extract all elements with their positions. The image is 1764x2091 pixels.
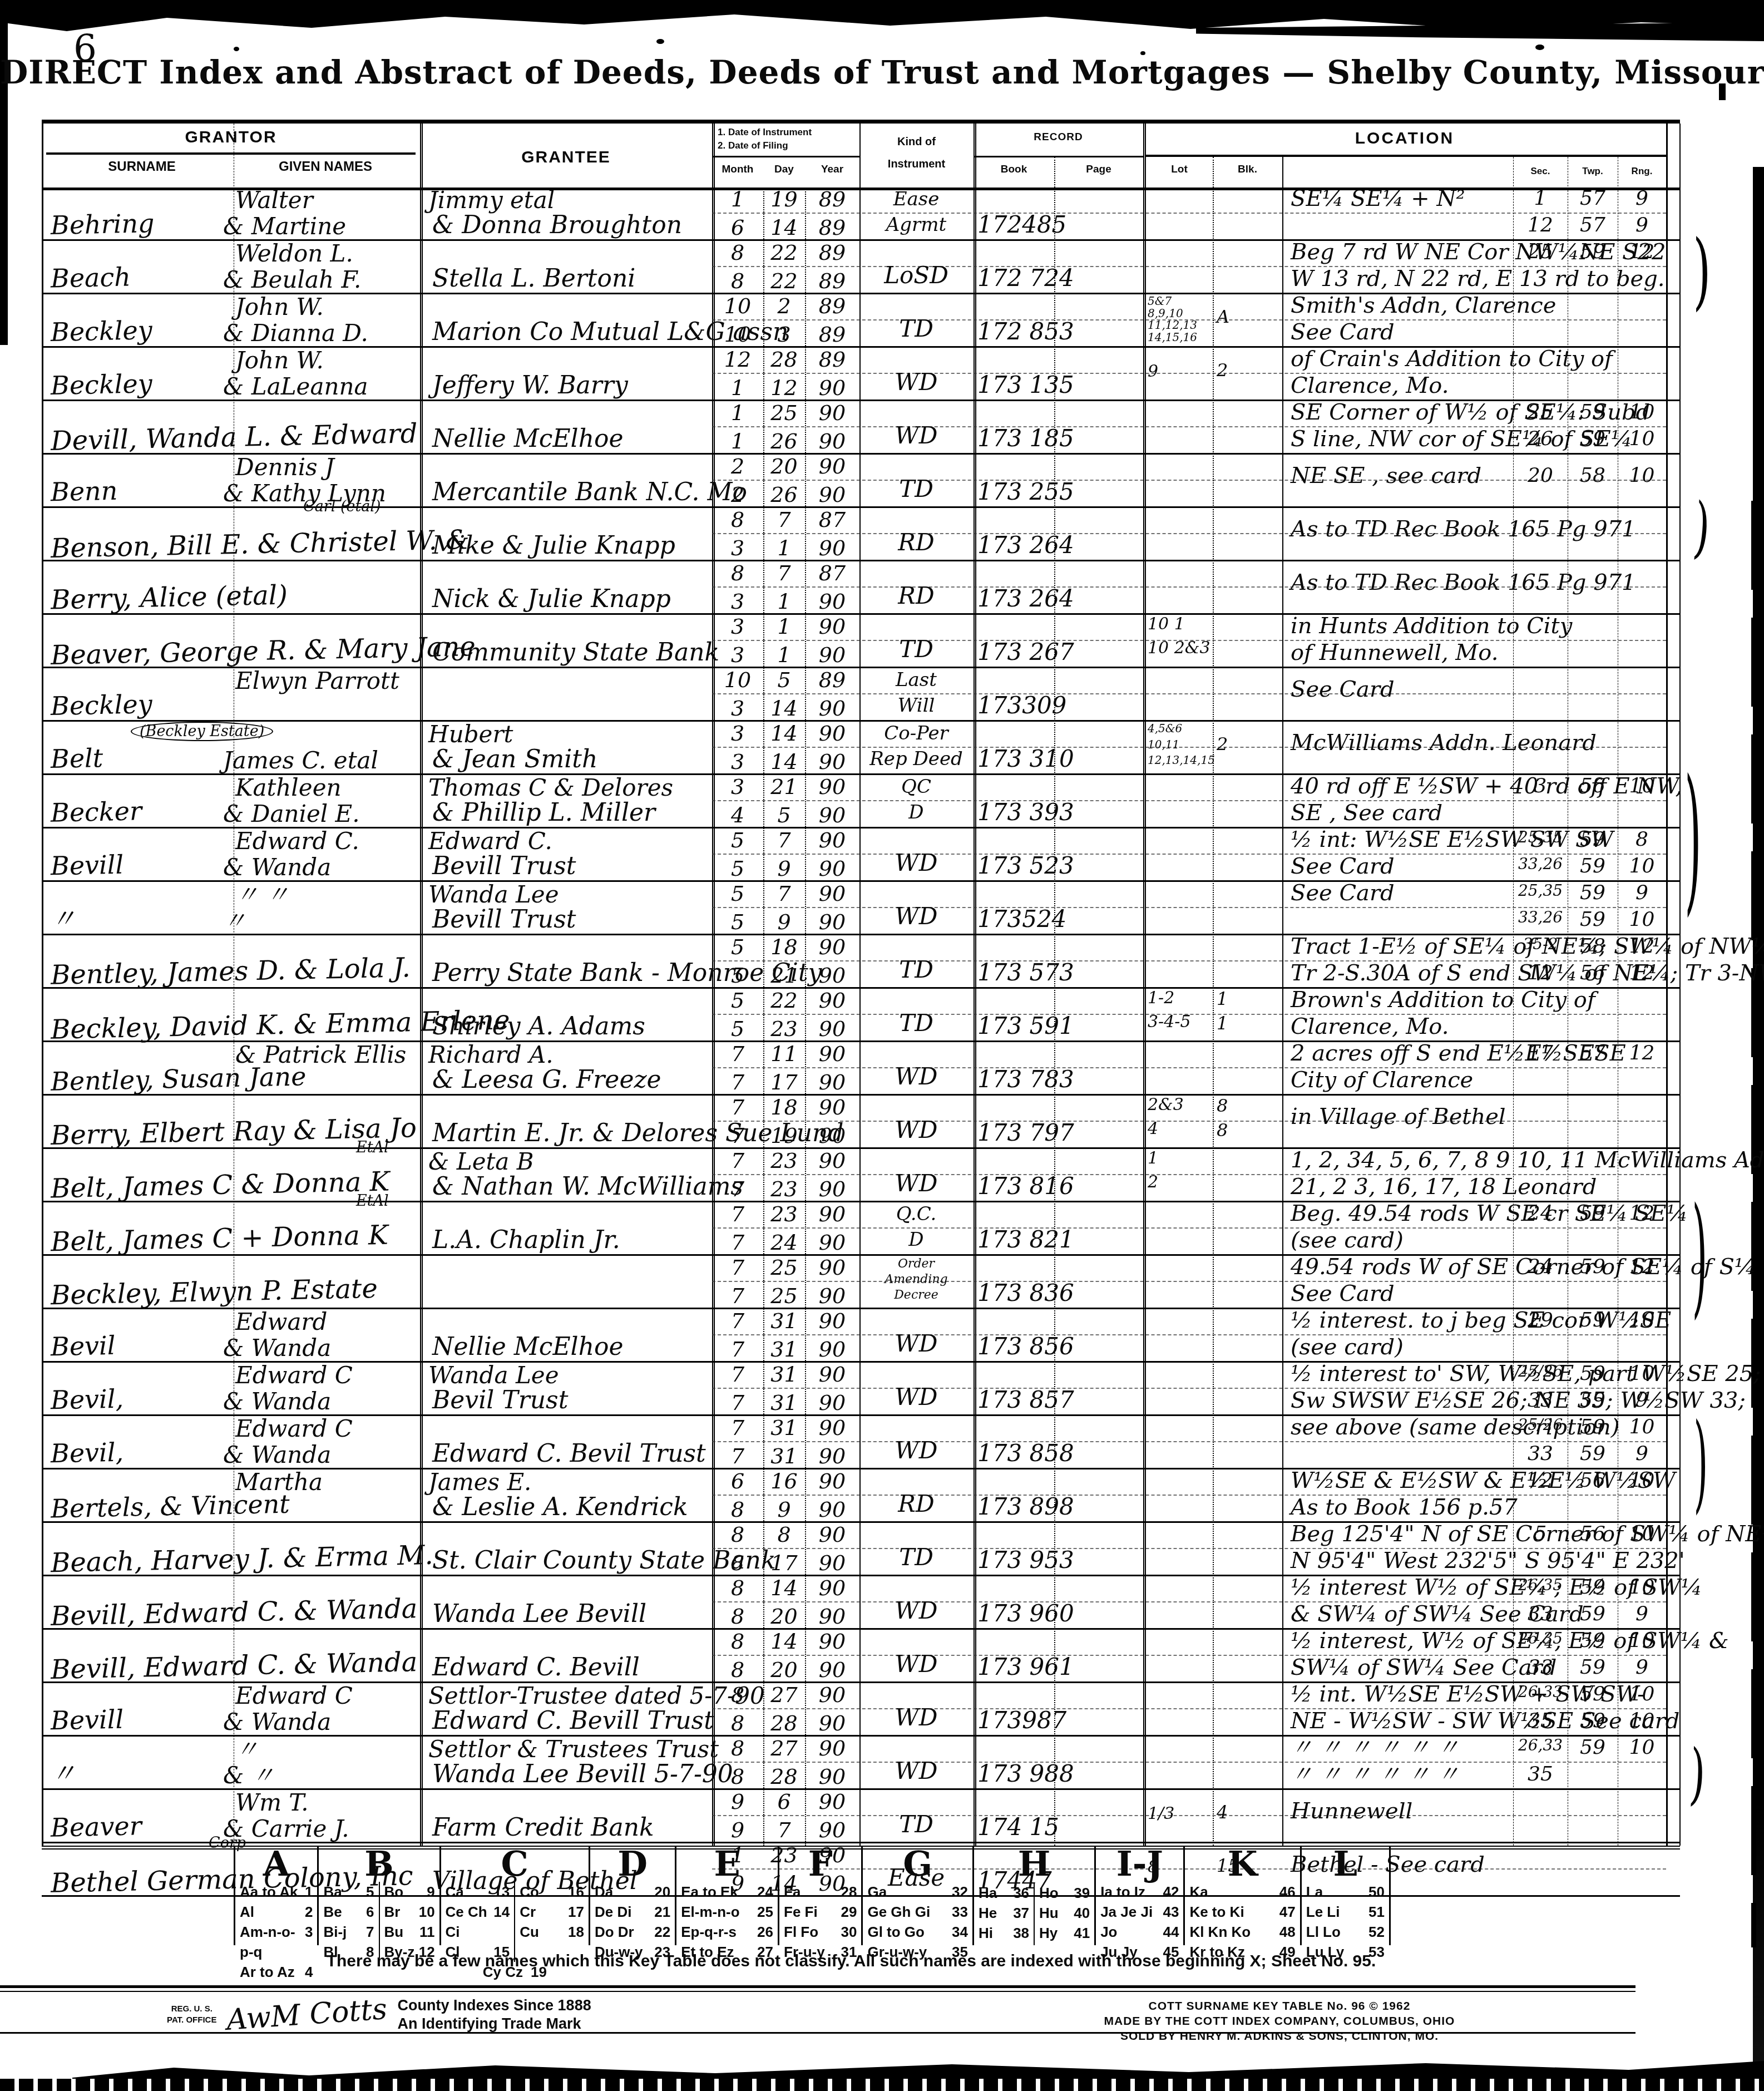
date-filing-year: 89 <box>805 217 859 238</box>
kind-of-instrument: Co-Per <box>861 724 972 743</box>
header-given-names: GIVEN NAMES <box>253 159 398 175</box>
date-instrument-month: 8 <box>712 1577 763 1599</box>
key-entry-number: 7 <box>366 1922 374 1942</box>
key-entry-number: 48 <box>1279 1922 1296 1942</box>
key-entry-number: 14 <box>493 1902 510 1942</box>
lot-number: 1 <box>1148 1150 1270 1167</box>
date-instrument-day: 7 <box>763 563 805 584</box>
location-text: 21, 2 3, 16, 17, 18 Leonard <box>1291 1176 1597 1198</box>
header-month: Month <box>712 164 763 176</box>
header-record: RECORD <box>974 131 1143 144</box>
location-sec: 35 <box>1513 1711 1568 1731</box>
location-twp: 59 <box>1568 1738 1618 1758</box>
key-column: Ca13Ce Ch Ci14Cl15 <box>441 1882 515 1962</box>
key-entry-range: Da <box>595 1882 613 1902</box>
location-twp: 59 <box>1568 830 1618 850</box>
date-filing-month: 7 <box>712 1232 763 1253</box>
date-instrument-year: 89 <box>805 349 859 370</box>
key-entry-number: 43 <box>1163 1902 1179 1922</box>
location-sec: 25 <box>1513 402 1568 422</box>
date-filing-month: 7 <box>712 1125 763 1146</box>
page-title: DIRECT Index and Abstract of Deeds, Deed… <box>0 53 1736 91</box>
date-filing-day: 1 <box>763 537 805 559</box>
key-entry: De Di21 <box>590 1902 675 1922</box>
row-mid-rule <box>712 1762 1666 1763</box>
location-twp: 59 <box>1568 910 1618 930</box>
key-column: Ba5Be6Bi-j7Bl8 <box>319 1882 378 1962</box>
date-instrument-month: 8 <box>712 1684 763 1705</box>
row-mid-rule <box>712 1281 1666 1282</box>
key-entry: Bi-j7 <box>319 1922 378 1942</box>
kind-of-instrument: Decree <box>861 1289 972 1301</box>
key-entry-number: 44 <box>1163 1922 1179 1942</box>
date-filing-day: 1 <box>763 591 805 612</box>
date-instrument-day: 22 <box>763 242 805 263</box>
date-instrument-month: 6 <box>712 1471 763 1492</box>
date-filing-year: 89 <box>805 270 859 292</box>
date-instrument-day: 31 <box>763 1364 805 1385</box>
key-letter: F <box>779 1846 861 1882</box>
grantor-given-line1: Kathleen <box>235 776 342 800</box>
key-entry: Ge Gh Gi33 <box>863 1902 972 1922</box>
grantor-surname: Beaver, George R. & Mary Jane <box>51 633 476 669</box>
date-filing-day: 31 <box>763 1339 805 1360</box>
blk-number: 2 <box>1217 735 1278 753</box>
location-text: Hunnewell <box>1291 1800 1412 1822</box>
table-row: Bentley, Susan Jane& Patrick EllisRichar… <box>42 1042 1680 1096</box>
date-instrument-month: 1 <box>712 402 763 423</box>
date-instrument-month: 10 <box>712 669 763 691</box>
date-instrument-month: 7 <box>712 1417 763 1438</box>
date-instrument-day: 27 <box>763 1738 805 1759</box>
kind-of-instrument: WD <box>861 1439 972 1462</box>
record-book-page: 173 821 <box>977 1228 1144 1251</box>
table-row: BevillEdward C& WandaSettlor-Trustee dat… <box>42 1683 1680 1737</box>
grantee-line2: Jeffery W. Barry <box>432 373 628 398</box>
date-filing-day: 26 <box>763 431 805 452</box>
record-book-page: 173 816 <box>977 1175 1144 1198</box>
key-entry: Ea to Ek24 <box>676 1882 778 1902</box>
date-instrument-year: 89 <box>805 669 859 691</box>
kind-of-instrument: WD <box>861 1385 972 1409</box>
key-entry-number: 17 <box>568 1902 584 1922</box>
location-rng: 10 <box>1618 776 1666 796</box>
date-filing-year: 90 <box>805 1713 859 1734</box>
location-sec: 12 <box>1513 1471 1568 1491</box>
header-lot: Lot <box>1146 164 1213 176</box>
location-sec: 33 <box>1513 1658 1568 1678</box>
grantor-surname: Behring <box>51 210 155 238</box>
location-text: N 95'4" West 232'5" S 95'4" E 232' <box>1291 1550 1685 1572</box>
grantee-line2: Bevill Trust <box>432 854 576 879</box>
grantor-surname: 〃 <box>51 1760 77 1787</box>
grantee-line2: Stella L. Bertoni <box>432 267 635 291</box>
grantee-line2: L.A. Chaplin Jr. <box>432 1228 620 1252</box>
key-group-H: HHa36He37Hi38Ho39Hu40Hy41 <box>972 1846 1094 1945</box>
date-instrument-year: 87 <box>805 563 859 584</box>
key-entry: Ep-q-r-s26 <box>676 1922 778 1942</box>
kind-of-instrument: WD <box>861 1759 972 1783</box>
grantee-line2: Nick & Julie Knapp <box>432 587 671 611</box>
margin-bracket: ) <box>1692 1179 1707 1331</box>
lot-number: 4,5&6 <box>1148 723 1270 734</box>
key-entry: Ia to Iz42 <box>1096 1882 1183 1902</box>
location-twp: 58 <box>1568 936 1618 956</box>
date-instrument-year: 90 <box>805 1684 859 1705</box>
date-instrument-month: 3 <box>712 723 763 744</box>
date-instrument-day: 2 <box>763 295 805 317</box>
grantee-line2: Wanda Lee Bevill <box>432 1602 646 1626</box>
location-text: See Card <box>1291 882 1395 904</box>
date-filing-day: 23 <box>763 1018 805 1039</box>
location-sec: 24 <box>1513 1257 1568 1277</box>
scan-artifact-bottom-speckle <box>0 2079 1764 2091</box>
location-rng: 12 <box>1618 242 1666 262</box>
date-filing-day: 14 <box>763 751 805 772</box>
key-columns: Ea to Ek24El-m-n-o25Ep-q-r-s26Et to Ez27 <box>676 1882 778 1962</box>
table-row: Bertels, & VincentMarthaJames E.& Leslie… <box>42 1469 1680 1523</box>
table-row: BeaverWm T.& Carrie J.Farm Credit Bank96… <box>42 1790 1680 1843</box>
key-column: Ia to Iz42Ja Je Ji43Jo44Ju Jy45 <box>1096 1882 1183 1962</box>
divider-rule <box>0 1991 1635 1992</box>
lot-number: 5&7 <box>1148 295 1270 307</box>
reg-pat-office: REG. U. S. PAT. OFFICE <box>167 2004 216 2026</box>
key-entry: Co16 <box>515 1882 589 1902</box>
key-group-C: CCa13Ce Ch Ci14Cl15Co16Cr17Cu18Cy Cz19 <box>439 1846 589 1945</box>
grantor-surname: Benn <box>51 478 118 505</box>
key-columns: Ia to Iz42Ja Je Ji43Jo44Ju Jy45 <box>1096 1882 1183 1962</box>
location-text: of Hunnewell, Mo. <box>1291 642 1498 664</box>
location-sec: 29 <box>1513 1310 1568 1330</box>
row-mid-rule <box>712 1441 1666 1442</box>
date-instrument-day: 31 <box>763 1310 805 1331</box>
location-twp: 59 <box>1568 1658 1618 1678</box>
kind-of-instrument: Last <box>861 670 972 689</box>
record-book-page: 173987 <box>977 1709 1144 1732</box>
date-filing-month: 8 <box>712 1606 763 1627</box>
table-row: Belt, James C + Donna KEtAlL.A. Chaplin … <box>42 1202 1680 1256</box>
location-rng: 9 <box>1618 1444 1666 1464</box>
grantor-surname: Beckley <box>51 371 153 398</box>
table-row: Bevil,Edward C& WandaEdward C. Bevil Tru… <box>42 1416 1680 1469</box>
divider-rule <box>0 1985 1635 1988</box>
grantee-line1: & Leta B <box>428 1150 534 1173</box>
date-filing-month: 6 <box>712 217 763 238</box>
grantee-line2: Edward C. Bevill Trust <box>432 1709 714 1733</box>
date-filing-month: 5 <box>712 965 763 986</box>
date-instrument-month: 2 <box>712 456 763 477</box>
date-instrument-day: 11 <box>763 1043 805 1064</box>
key-entry-range: Ba <box>323 1882 342 1902</box>
location-text: NE SE , see card <box>1291 465 1481 487</box>
grantee-line1: Wanda Lee <box>428 883 559 906</box>
kind-of-instrument: Order <box>861 1258 972 1270</box>
location-twp: 57 <box>1568 189 1618 209</box>
kind-of-instrument: TD <box>861 638 972 661</box>
trademark-line1: County Indexes Since 1888 <box>398 1996 591 2015</box>
blk-number: 8 <box>1217 1121 1278 1139</box>
date-filing-day: 20 <box>763 1606 805 1627</box>
date-instrument-day: 27 <box>763 1684 805 1705</box>
kind-of-instrument: WD <box>861 1706 972 1729</box>
row-mid-rule <box>712 1067 1666 1068</box>
date-instrument-month: 7 <box>712 1043 763 1064</box>
key-entry-range: Ge Gh Gi <box>867 1902 930 1922</box>
header-surname: SURNAME <box>75 159 209 175</box>
grantor-surname: Beckley <box>51 691 153 719</box>
table-row: BeckleyJohn W.& Dianna D.Marion Co Mutua… <box>42 294 1680 348</box>
key-group-I-J: I-JIa to Iz42Ja Je Ji43Jo44Ju Jy45 <box>1094 1846 1183 1945</box>
date-instrument-month: 8 <box>712 509 763 530</box>
header-date-instrument: 1. Date of Instrument <box>718 127 812 138</box>
date-filing-year: 90 <box>805 1606 859 1627</box>
key-entry-range: Br <box>384 1902 401 1922</box>
location-sec: 26,33 <box>1513 1738 1568 1753</box>
lot-number: 12,13,14,15 <box>1148 754 1270 766</box>
key-entry: Hi38 <box>974 1923 1034 1943</box>
grantor-given-line1: & Patrick Ellis <box>235 1043 406 1067</box>
location-text: W 13 rd, N 22 rd, E 13 rd to beg. <box>1291 268 1665 290</box>
location-twp: 59 <box>1568 1577 1618 1597</box>
date-filing-year: 90 <box>805 377 859 398</box>
location-text: SE¼ SE¼ + N² <box>1291 188 1465 210</box>
key-entry: Ja Je Ji43 <box>1096 1902 1183 1922</box>
row-mid-rule <box>712 213 1666 214</box>
date-instrument-day: 25 <box>763 402 805 423</box>
scan-artifact-right-streaks <box>1751 501 1756 1947</box>
date-filing-month: 5 <box>712 911 763 933</box>
date-filing-day: 17 <box>763 1072 805 1093</box>
grantor-given-line1: Edward C <box>235 1364 353 1387</box>
date-filing-year: 90 <box>805 591 859 612</box>
key-entry-number: 11 <box>419 1922 435 1942</box>
date-instrument-day: 21 <box>763 776 805 797</box>
location-sec: 25,35 <box>1513 883 1568 899</box>
lot-number: 10 2&3 <box>1148 640 1270 657</box>
kind-of-instrument: Q.C. <box>861 1205 972 1224</box>
grantee-line1: James E. <box>428 1471 531 1494</box>
date-filing-year: 90 <box>805 1659 859 1680</box>
grantor-given-line2: 〃 <box>223 909 246 933</box>
key-entry-range: Hu <box>1039 1903 1059 1923</box>
key-group-D: DDa20De Di21Do Dr22Du-w-y23 <box>589 1846 675 1945</box>
grantee-line1: Hubert <box>428 723 513 746</box>
date-filing-year: 90 <box>805 1072 859 1093</box>
grantor-given-line2: James C. etal <box>223 749 378 772</box>
header-date-filing: 2. Date of Filing <box>718 140 788 151</box>
date-filing-day: 3 <box>763 324 805 345</box>
record-book-page: 173 255 <box>977 480 1144 504</box>
kind-of-instrument: QC <box>861 777 972 796</box>
grantee-line2: Bevill Trust <box>432 908 576 932</box>
table-row: Devill, Wanda L. & EdwardNellie McElhoe1… <box>42 401 1680 455</box>
date-instrument-year: 90 <box>805 1791 859 1812</box>
table-row: Berry, Elbert Ray & Lisa JoMartin E. Jr.… <box>42 1096 1680 1149</box>
date-filing-year: 90 <box>805 644 859 665</box>
date-filing-month: 7 <box>712 1285 763 1306</box>
scan-speck <box>234 47 239 51</box>
key-entry-number: 51 <box>1368 1902 1385 1922</box>
date-filing-day: 9 <box>763 1499 805 1520</box>
date-filing-year: 90 <box>805 965 859 986</box>
date-instrument-year: 89 <box>805 295 859 317</box>
date-filing-year: 90 <box>805 1285 859 1306</box>
table-row: BeachWeldon L.& Beulah F.Stella L. Berto… <box>42 241 1680 294</box>
location-rng: 10 <box>1618 1577 1666 1597</box>
grantor-surname: Benson, Bill E. & Christel W. & <box>51 526 470 562</box>
grantor-given-line1: 〃 <box>235 1738 259 1761</box>
date-filing-month: 10 <box>712 324 763 345</box>
location-text: in Village of Bethel <box>1291 1106 1506 1128</box>
location-sec: 5 <box>1513 1524 1568 1544</box>
key-entry: Le Li51 <box>1302 1902 1389 1922</box>
date-instrument-day: 18 <box>763 936 805 958</box>
key-column: Da20De Di21Do Dr22Du-w-y23 <box>590 1882 675 1962</box>
date-filing-day: 21 <box>763 965 805 986</box>
record-book-page: 173 857 <box>977 1388 1144 1412</box>
date-instrument-year: 87 <box>805 509 859 530</box>
grantor-surname: Becker <box>51 798 142 825</box>
location-sec: 26 <box>1513 429 1568 449</box>
divider-rule <box>0 2032 1635 2034</box>
header-page: Page <box>1054 164 1143 176</box>
date-filing-day: 31 <box>763 1446 805 1467</box>
date-filing-month: 7 <box>712 1446 763 1467</box>
date-filing-year: 90 <box>805 1819 859 1841</box>
date-instrument-year: 90 <box>805 1204 859 1225</box>
lot-number: 2 <box>1148 1174 1270 1191</box>
record-book-page: 173 988 <box>977 1762 1144 1786</box>
location-text: (see card) <box>1291 1336 1404 1358</box>
key-entry-range: Do Dr <box>595 1922 634 1942</box>
publisher-line3: SOLD BY HENRY M. ADKINS & SONS, CLINTON,… <box>974 2029 1585 2044</box>
date-filing-day: 1 <box>763 644 805 665</box>
key-group-K: KKa46Ke to Ki47Kl Kn Ko48Kr to Kz49 <box>1183 1846 1299 1945</box>
key-entry: Aa to Ak1 <box>235 1882 317 1902</box>
kind-of-instrument: WD <box>861 1332 972 1355</box>
date-filing-year: 89 <box>805 324 859 345</box>
key-entry-number: 21 <box>654 1902 670 1922</box>
grantee-line1: Settlor & Trustees Trust <box>428 1738 719 1761</box>
grantee-line2: & Leesa G. Freeze <box>432 1068 661 1092</box>
date-instrument-day: 23 <box>763 1150 805 1171</box>
date-filing-month: 8 <box>712 1713 763 1734</box>
kind-of-instrument: TD <box>861 1546 972 1569</box>
key-entry: Ke to Ki47 <box>1185 1902 1299 1922</box>
record-book-page: 173 858 <box>977 1442 1144 1465</box>
grantee-line2: & Donna Broughton <box>432 213 682 238</box>
key-group-B: BBa5Be6Bi-j7Bl8Bo9Br10Bu11By-z12 <box>317 1846 439 1945</box>
date-filing-day: 20 <box>763 1659 805 1680</box>
date-filing-day: 26 <box>763 484 805 505</box>
key-entry-number: 9 <box>427 1882 434 1902</box>
date-filing-year: 90 <box>805 1339 859 1360</box>
key-entry-number: 33 <box>952 1902 968 1922</box>
key-entry: La50 <box>1302 1882 1389 1902</box>
key-entry-number: 26 <box>757 1922 773 1942</box>
key-entry: Jo44 <box>1096 1922 1183 1942</box>
header-location: LOCATION <box>1143 129 1666 148</box>
key-entry-range: El-m-n-o <box>681 1902 739 1922</box>
location-sec: 20 <box>1513 466 1568 486</box>
location-text: See Card <box>1291 321 1395 343</box>
date-instrument-day: 14 <box>763 1577 805 1599</box>
location-twp: 59 <box>1568 883 1618 903</box>
grantee-line2: Nellie McElhoe <box>432 1335 624 1359</box>
key-columns: Ga32Ge Gh Gi33Gl to Go34Gr-u-w-y35 <box>863 1882 972 1962</box>
location-twp: 59 <box>1568 402 1618 422</box>
key-column: Ka46Ke to Ki47Kl Kn Ko48Kr to Kz49 <box>1185 1882 1299 1962</box>
grantor-given-line2: & Wanda <box>223 1710 331 1734</box>
key-entry: Do Dr22 <box>590 1922 675 1942</box>
date-instrument-day: 23 <box>763 1204 805 1225</box>
grantor-surname: Beckley <box>51 317 153 345</box>
grantor-given-line2: & Wanda <box>223 856 331 879</box>
date-filing-month: 5 <box>712 1018 763 1039</box>
date-filing-year: 90 <box>805 1766 859 1787</box>
date-instrument-month: 7 <box>712 1310 763 1331</box>
date-instrument-day: 7 <box>763 883 805 904</box>
location-twp: 57 <box>1568 1043 1618 1063</box>
date-filing-month: 7 <box>712 1339 763 1360</box>
blk-number: 8 <box>1217 1097 1278 1114</box>
date-instrument-day: 19 <box>763 189 805 210</box>
date-instrument-month: 8 <box>712 1524 763 1545</box>
key-entry-number: 32 <box>952 1882 968 1902</box>
key-entry-number: 36 <box>1013 1883 1029 1903</box>
date-instrument-year: 90 <box>805 1631 859 1652</box>
date-instrument-month: 5 <box>712 990 763 1011</box>
location-rng: 12 <box>1618 1257 1666 1277</box>
publisher-line1: COTT SURNAME KEY TABLE No. 96 © 1962 <box>974 1999 1585 2014</box>
record-book-page: 173 591 <box>977 1014 1144 1038</box>
grantor-given-line2: & Beulah F. <box>223 268 361 292</box>
lot-number: 10 1 <box>1148 616 1270 633</box>
record-book-page: 173 836 <box>977 1281 1144 1305</box>
location-sec: 1 <box>1513 189 1568 209</box>
location-rng: 10 <box>1618 856 1666 876</box>
table-row: Beaver, George R. & Mary JaneCommunity S… <box>42 615 1680 668</box>
location-rng: 12 <box>1618 1204 1666 1224</box>
key-letter: C <box>441 1846 589 1882</box>
location-text: Smith's Addn, Clarence <box>1291 294 1556 317</box>
key-entry-number: 30 <box>841 1922 857 1942</box>
date-instrument-day: 5 <box>763 669 805 691</box>
kind-of-instrument: WD <box>861 851 972 875</box>
key-entry-range: Ll Lo <box>1306 1922 1341 1942</box>
location-twp: 59 <box>1568 1631 1618 1651</box>
table-row: Bevill, Edward C. & WandaWanda Lee Bevil… <box>42 1576 1680 1630</box>
date-filing-month: 7 <box>712 1392 763 1413</box>
kind-of-instrument: D <box>861 1230 972 1249</box>
grantor-surname: Beckley, Elwyn P. Estate <box>51 1275 378 1309</box>
location-twp: 56 <box>1568 963 1618 983</box>
key-entry-number: 24 <box>757 1882 773 1902</box>
header-record-underline <box>974 156 1143 157</box>
location-sec: 25/26 <box>1513 1364 1568 1379</box>
date-filing-month: 7 <box>712 1072 763 1093</box>
date-filing-year: 90 <box>805 484 859 505</box>
key-entry-number: 39 <box>1074 1883 1090 1903</box>
key-entry-number: 18 <box>568 1922 584 1942</box>
location-twp: 59 <box>1568 1417 1618 1437</box>
record-book-page: 173524 <box>977 908 1144 931</box>
table-row: Beckley, Elwyn P. Estate7259072590OrderA… <box>42 1256 1680 1309</box>
grantor-surname: Belt <box>51 745 103 772</box>
location-text: Clarence, Mo. <box>1291 374 1449 397</box>
record-book-page: 173 797 <box>977 1121 1144 1145</box>
key-entry: Ka46 <box>1185 1882 1299 1902</box>
